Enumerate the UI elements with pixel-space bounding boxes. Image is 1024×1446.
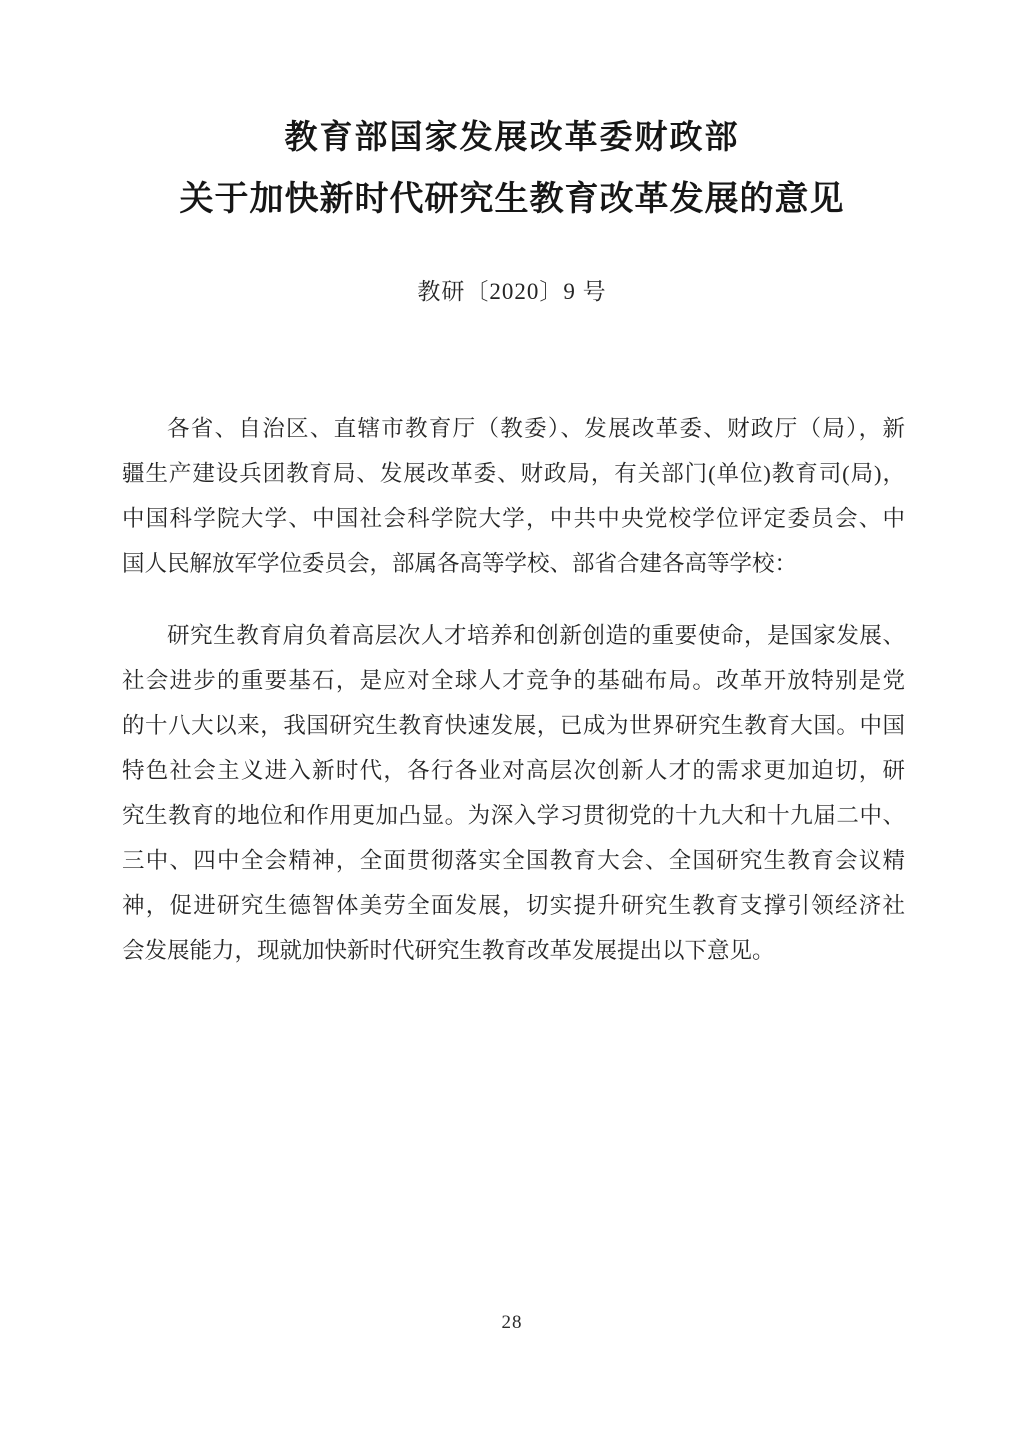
text-line: 的十八大以来，我国研究生教育快速发展，已成为世界研究生教育大国。中国 <box>122 703 905 748</box>
introduction-paragraph: 研究生教育肩负着高层次人才培养和创新创造的重要使命，是国家发展、 社会进步的重要… <box>122 613 905 973</box>
page-number: 28 <box>0 1312 1024 1334</box>
document-number: 教研〔2020〕9 号 <box>0 279 1024 304</box>
text-line: 国人民解放军学位委员会，部属各高等学校、部省合建各高等学校： <box>122 541 905 586</box>
document-body: 各省、自治区、直辖市教育厅（教委）、发展改革委、财政厅（局），新 疆生产建设兵团… <box>122 406 905 973</box>
document-header: 教育部国家发展改革委财政部 关于加快新时代研究生教育改革发展的意见 教研〔202… <box>0 0 1024 305</box>
text-line: 三中、四中全会精神，全面贯彻落实全国教育大会、全国研究生教育会议精 <box>122 838 905 883</box>
text-line: 会发展能力，现就加快新时代研究生教育改革发展提出以下意见。 <box>122 928 905 973</box>
text-line: 中国科学院大学、中国社会科学院大学，中共中央党校学位评定委员会、中 <box>122 496 905 541</box>
document-page: 教育部国家发展改革委财政部 关于加快新时代研究生教育改革发展的意见 教研〔202… <box>0 0 1024 1446</box>
document-title-line1: 教育部国家发展改革委财政部 <box>0 121 1024 156</box>
text-line: 究生教育的地位和作用更加凸显。为深入学习贯彻党的十九大和十九届二中、 <box>122 793 905 838</box>
text-line: 神，促进研究生德智体美劳全面发展，切实提升研究生教育支撑引领经济社 <box>122 883 905 928</box>
text-line: 疆生产建设兵团教育局、发展改革委、财政局，有关部门(单位)教育司(局)， <box>122 451 905 496</box>
text-line: 特色社会主义进入新时代，各行各业对高层次创新人才的需求更加迫切，研 <box>122 748 905 793</box>
text-line: 研究生教育肩负着高层次人才培养和创新创造的重要使命，是国家发展、 <box>122 613 905 658</box>
document-title-line2: 关于加快新时代研究生教育改革发展的意见 <box>0 182 1024 218</box>
salutation-paragraph: 各省、自治区、直辖市教育厅（教委）、发展改革委、财政厅（局），新 疆生产建设兵团… <box>122 406 905 586</box>
text-line: 社会进步的重要基石，是应对全球人才竞争的基础布局。改革开放特别是党 <box>122 658 905 703</box>
text-line: 各省、自治区、直辖市教育厅（教委）、发展改革委、财政厅（局），新 <box>122 406 905 451</box>
